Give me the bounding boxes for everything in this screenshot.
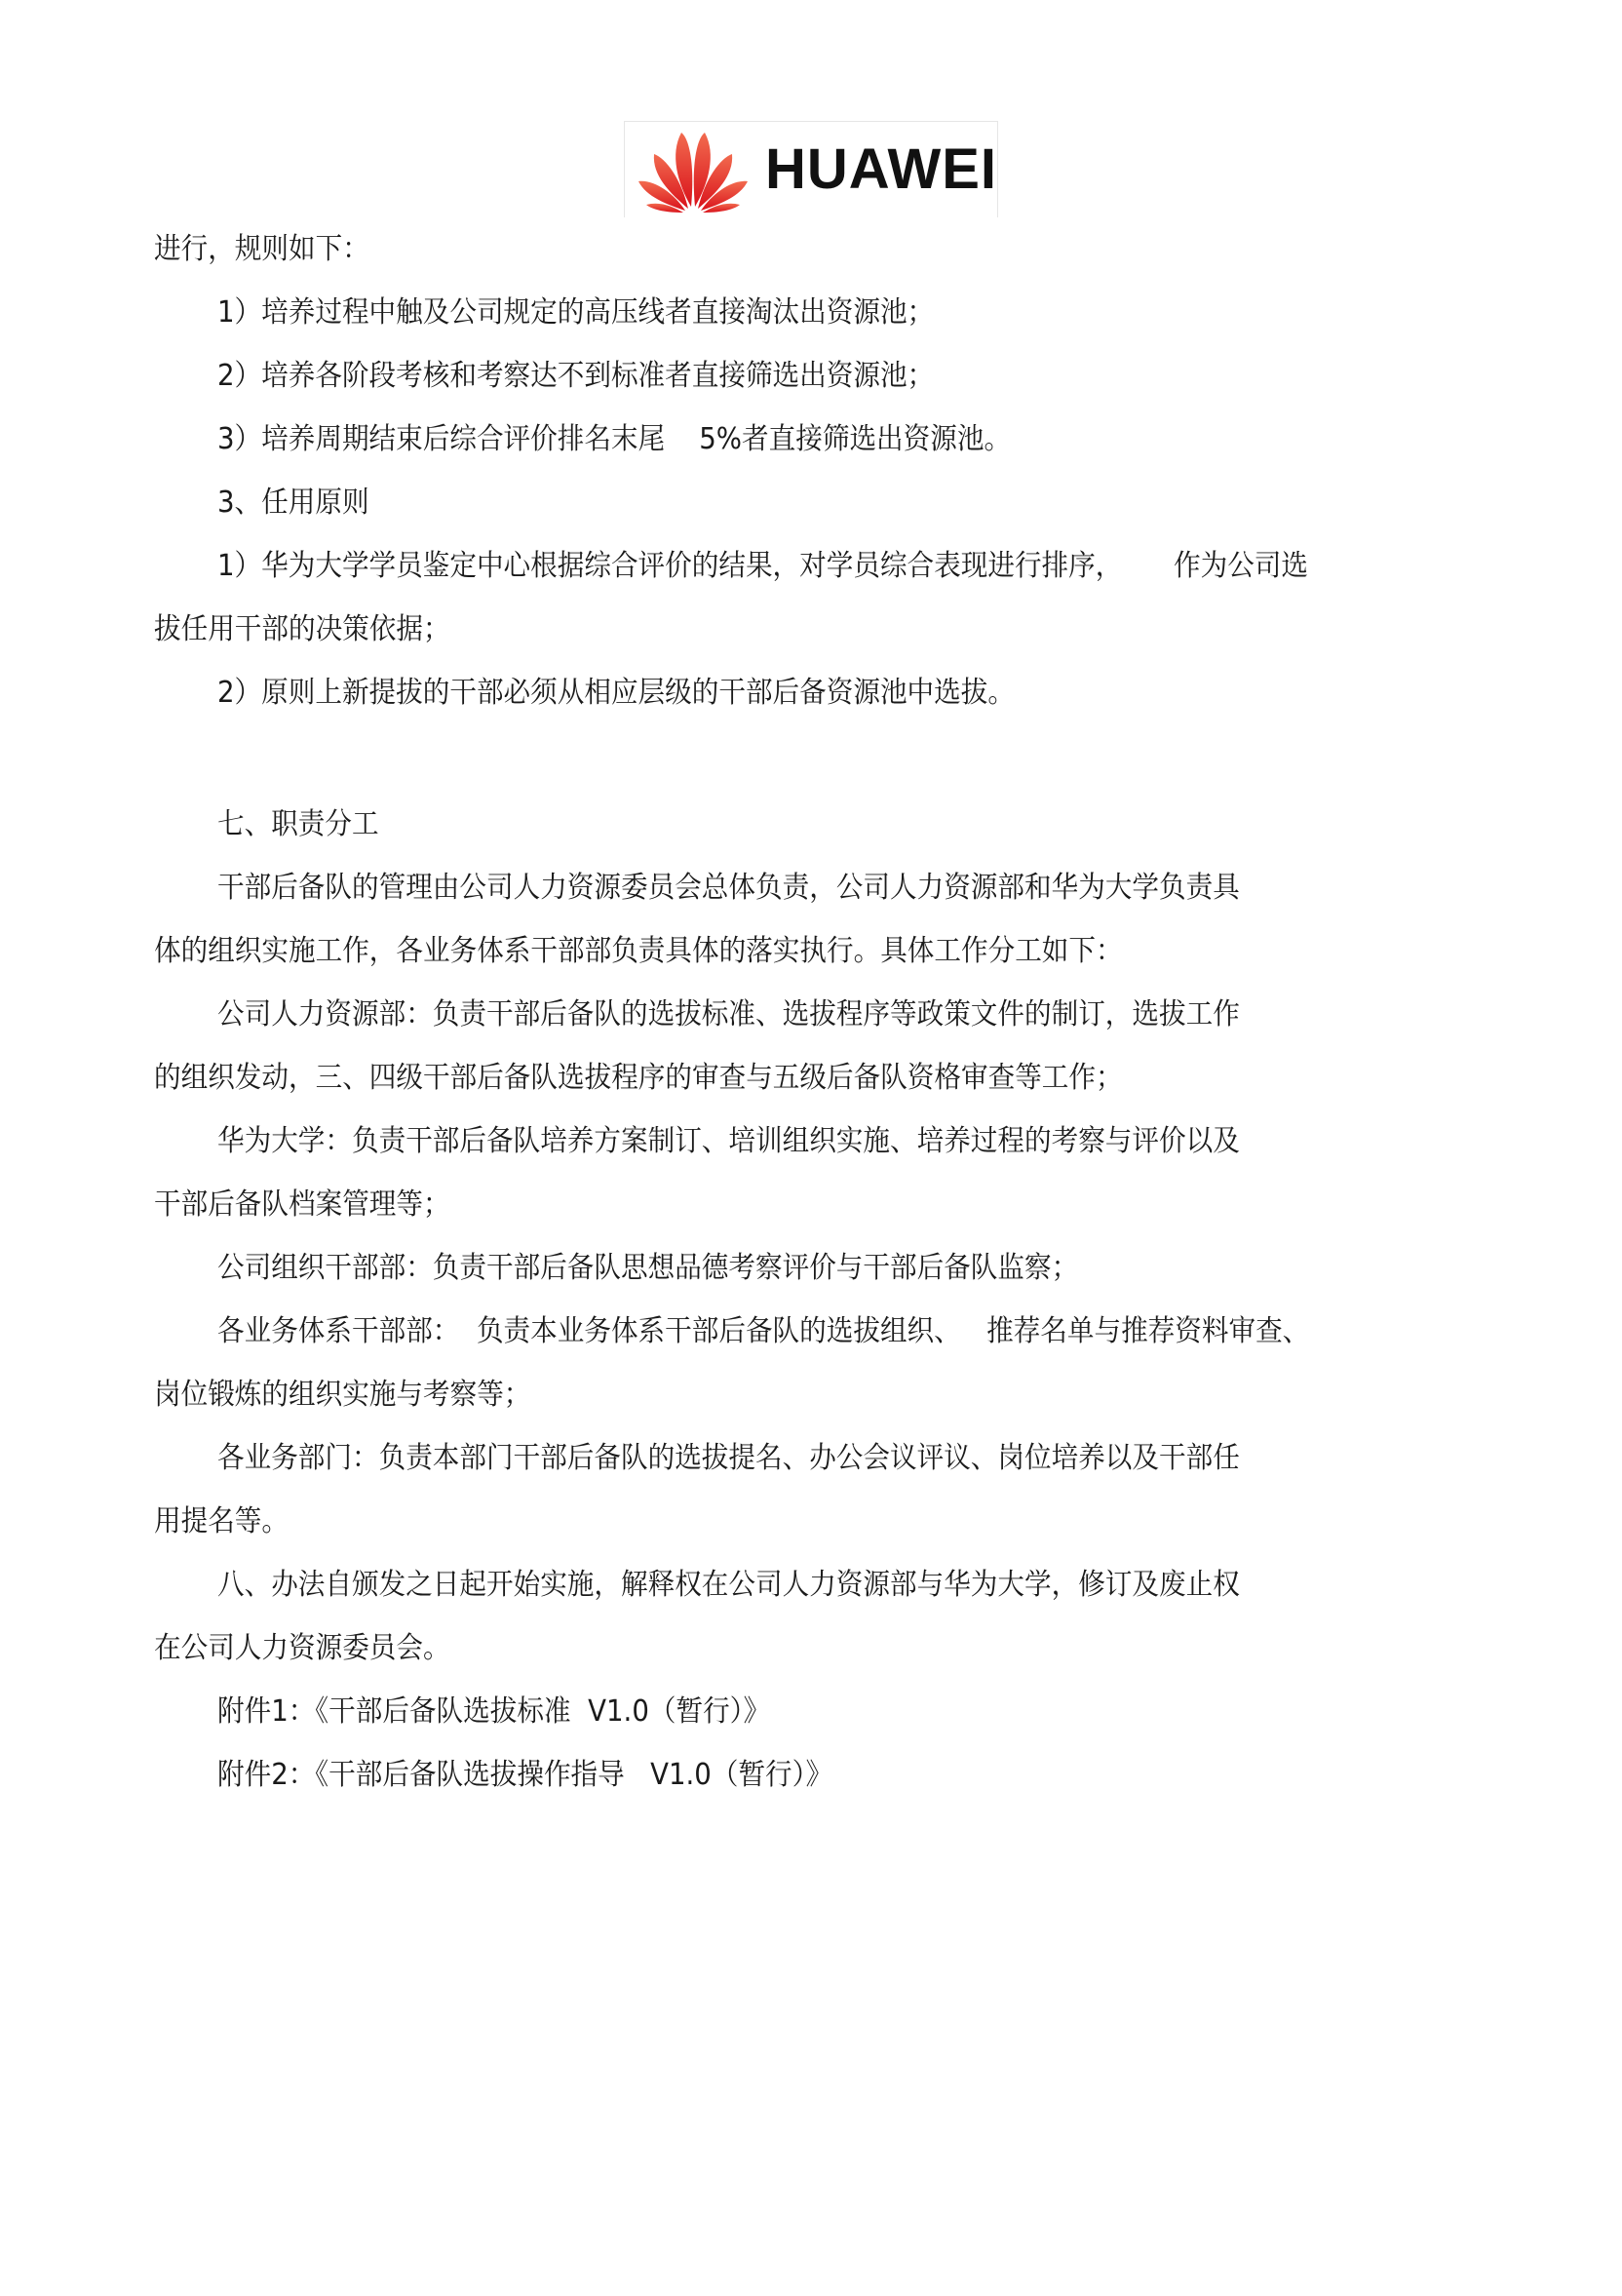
text-line: 各业务部门：负责本部门干部后备队的选拔提名、办公会议评议、岗位培养以及干部任 (217, 1439, 1240, 1478)
text-line: 华为大学：负责干部后备队培养方案制订、培训组织实施、培养过程的考察与评价以及 (217, 1122, 1240, 1161)
text-line: 进行，规则如下： (154, 230, 369, 269)
text-line: 2）原则上新提拔的干部必须从相应层级的干部后备资源池中选拔。 (217, 674, 1015, 713)
text-line: 2）培养各阶段考核和考察达不到标准者直接筛选出资源池； (217, 357, 934, 396)
text-line: 的组织发动，三、四级干部后备队选拔程序的审查与五级后备队资格审查等工作； (154, 1059, 1123, 1098)
text-line: 1）培养过程中触及公司规定的高压线者直接淘汰出资源池； (217, 293, 934, 332)
text-line: 体的组织实施工作，各业务体系干部部负责具体的落实执行。具体工作分工如下： (154, 932, 1123, 971)
text-line: 3）培养周期结束后综合评价排名末尾 5%者直接筛选出资源池。 (217, 420, 1011, 459)
huawei-petal-icon (635, 125, 752, 214)
text-line: 干部后备队的管理由公司人力资源委员会总体负责，公司人力资源部和华为大学负责具 (217, 869, 1240, 908)
text-line: 用提名等。 (154, 1502, 289, 1541)
huawei-logo: HUAWEI (624, 121, 998, 217)
text-line: 各业务体系干部部： 负责本业务体系干部后备队的选拔组织、 推荐名单与推荐资料审查… (217, 1312, 1309, 1351)
text-line: 在公司人力资源委员会。 (154, 1629, 450, 1668)
text-line: 1）华为大学学员鉴定中心根据综合评价的结果，对学员综合表现进行排序， 作为公司选 (217, 547, 1308, 586)
text-line: 公司组织干部部：负责干部后备队思想品德考察评价与干部后备队监察； (217, 1249, 1078, 1288)
text-line: 七、职责分工 (217, 805, 379, 844)
text-line: 附件1：《干部后备队选拔标准 V1.0（暂行）》 (217, 1693, 770, 1732)
text-line: 公司人力资源部：负责干部后备队的选拔标准、选拔程序等政策文件的制订，选拔工作 (217, 995, 1240, 1034)
text-line: 干部后备队档案管理等； (154, 1186, 450, 1225)
text-line: 拔任用干部的决策依据； (154, 610, 450, 649)
text-line: 岗位锻炼的组织实施与考察等； (154, 1376, 530, 1415)
logo-wordmark: HUAWEI (765, 141, 997, 198)
text-line: 附件2：《干部后备队选拔操作指导 V1.0（暂行）》 (217, 1756, 832, 1795)
text-line: 3、任用原则 (217, 484, 369, 523)
text-line: 八、办法自颁发之日起开始实施，解释权在公司人力资源部与华为大学，修订及废止权 (217, 1566, 1240, 1605)
